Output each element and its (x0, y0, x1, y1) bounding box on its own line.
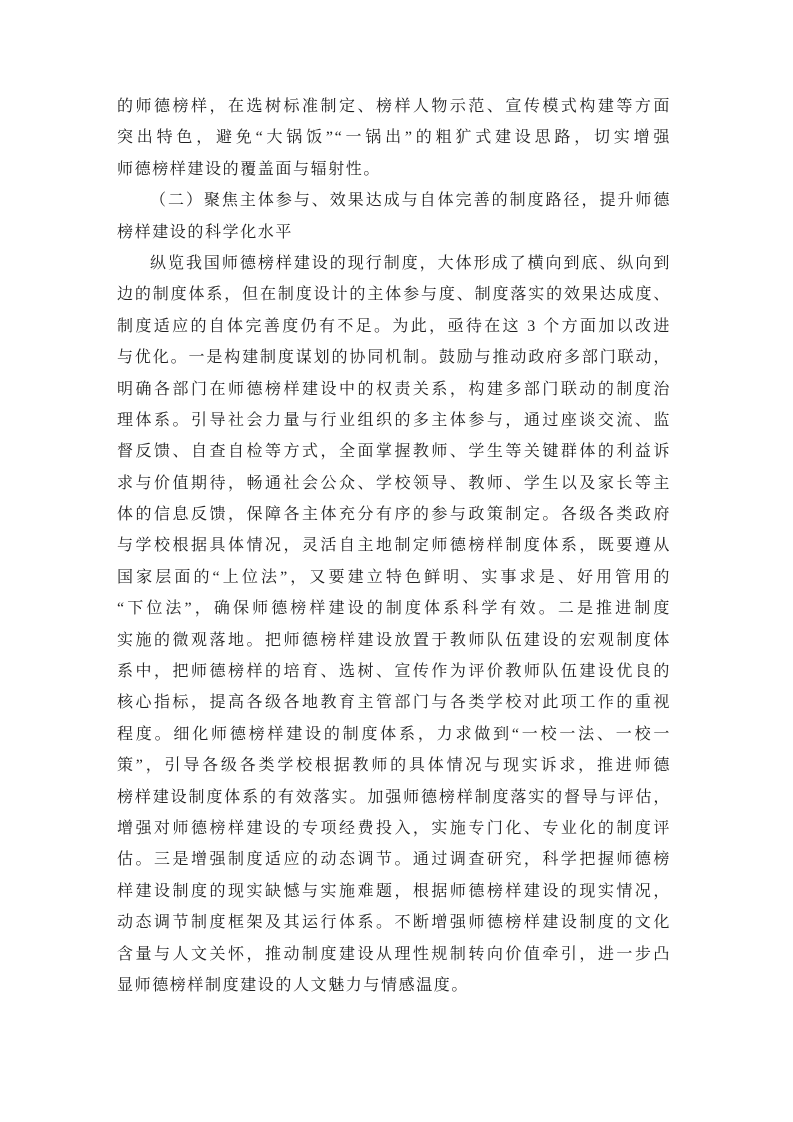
text-line: 实施的微观落地。把师德榜样建设放置于教师队伍建设的宏观制度体 (117, 625, 671, 656)
text-line: 榜样建设制度体系的有效落实。加强师德榜样制度落实的督导与评估， (117, 782, 671, 813)
text-line: 督反馈、自查自检等方式，全面掌握教师、学生等关键群体的利益诉 (117, 436, 671, 467)
text-line: 榜样建设的科学化水平 (117, 217, 671, 248)
text-line: 理体系。引导社会力量与行业组织的多主体参与，通过座谈交流、监 (117, 405, 671, 436)
text-line: 核心指标，提高各级各地教育主管部门与各类学校对此项工作的重视 (117, 687, 671, 718)
text-line: “下位法”，确保师德榜样建设的制度体系科学有效。二是推进制度 (117, 593, 671, 624)
text-line: 增强对师德榜样建设的专项经费投入，实施专门化、专业化的制度评 (117, 813, 671, 844)
text-line: 与优化。一是构建制度谋划的协同机制。鼓励与推动政府多部门联动， (117, 342, 671, 373)
text-line: 国家层面的“上位法”，又要建立特色鲜明、实事求是、好用管用的 (117, 562, 671, 593)
document-body: 的师德榜样，在选树标准制定、榜样人物示范、宣传模式构建等方面突出特色，避免“大锅… (117, 91, 671, 1001)
text-line: 样建设制度的现实缺憾与实施难题，根据师德榜样建设的现实情况， (117, 876, 671, 907)
text-line: （二）聚焦主体参与、效果达成与自体完善的制度路径，提升师德 (117, 185, 671, 216)
text-line: 求与价值期待，畅通社会公众、学校领导、教师、学生以及家长等主 (117, 468, 671, 499)
text-line: 制度适应的自体完善度仍有不足。为此，亟待在这 3 个方面加以改进 (117, 311, 671, 342)
text-line: 显师德榜样制度建设的人文魅力与情感温度。 (117, 970, 671, 1001)
text-line: 含量与人文关怀，推动制度建设从理性规制转向价值牵引，进一步凸 (117, 939, 671, 970)
text-line: 师德榜样建设的覆盖面与辐射性。 (117, 154, 671, 185)
text-line: 系中，把师德榜样的培育、选树、宣传作为评价教师队伍建设优良的 (117, 656, 671, 687)
text-line: 估。三是增强制度适应的动态调节。通过调查研究，科学把握师德榜 (117, 844, 671, 875)
subheading: （二）聚焦主体参与、效果达成与自体完善的制度路径，提升师德榜样建设的科学化水平 (117, 185, 671, 248)
text-line: 的师德榜样，在选树标准制定、榜样人物示范、宣传模式构建等方面 (117, 91, 671, 122)
body-paragraph: 纵览我国师德榜样建设的现行制度，大体形成了横向到底、纵向到边的制度体系，但在制度… (117, 248, 671, 1001)
text-line: 体的信息反馈，保障各主体充分有序的参与政策制定。各级各类政府 (117, 499, 671, 530)
body-paragraph-continuation: 的师德榜样，在选树标准制定、榜样人物示范、宣传模式构建等方面突出特色，避免“大锅… (117, 91, 671, 185)
text-line: 程度。细化师德榜样建设的制度体系，力求做到“一校一法、一校一 (117, 719, 671, 750)
text-line: 策”，引导各级各类学校根据教师的具体情况与现实诉求，推进师德 (117, 750, 671, 781)
text-line: 与学校根据具体情况，灵活自主地制定师德榜样制度体系，既要遵从 (117, 530, 671, 561)
text-line: 突出特色，避免“大锅饭”“一锅出”的粗犷式建设思路，切实增强 (117, 122, 671, 153)
document-page: 的师德榜样，在选树标准制定、榜样人物示范、宣传模式构建等方面突出特色，避免“大锅… (0, 0, 793, 1122)
text-line: 纵览我国师德榜样建设的现行制度，大体形成了横向到底、纵向到 (117, 248, 671, 279)
text-line: 动态调节制度框架及其运行体系。不断增强师德榜样建设制度的文化 (117, 907, 671, 938)
text-line: 边的制度体系，但在制度设计的主体参与度、制度落实的效果达成度、 (117, 279, 671, 310)
text-line: 明确各部门在师德榜样建设中的权责关系，构建多部门联动的制度治 (117, 374, 671, 405)
